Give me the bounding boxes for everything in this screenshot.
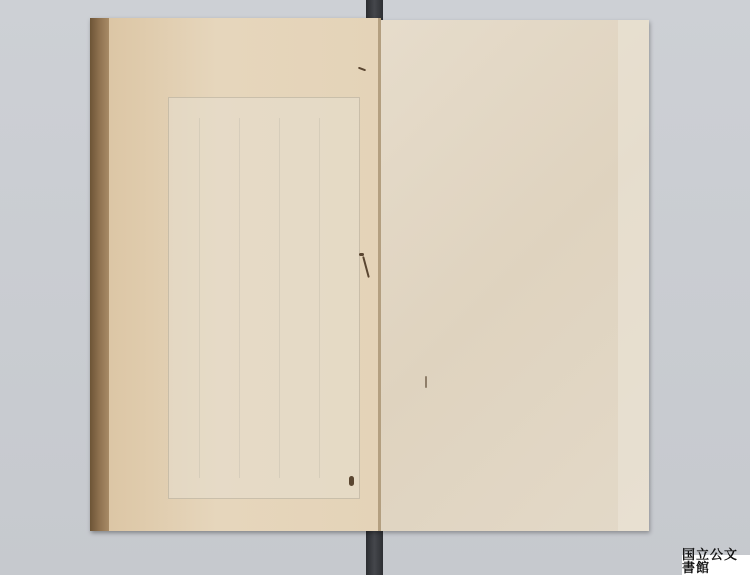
frame-column-line	[319, 118, 320, 478]
paper-blemish	[425, 376, 427, 388]
frame-column-line	[279, 118, 280, 478]
right-page-margin	[618, 20, 649, 531]
frame-column-line	[199, 118, 200, 478]
bleed-through-text-frame	[168, 97, 360, 499]
frame-column-line	[239, 118, 240, 478]
watermark-main-text: 国立公文書館	[682, 549, 750, 575]
paper-blemish	[349, 476, 354, 486]
right-page-blank	[381, 20, 649, 531]
archive-watermark: 国立公文書館 National Archives of Japan	[682, 555, 750, 575]
book-spine-edge	[90, 18, 109, 531]
book-gutter	[378, 18, 381, 531]
